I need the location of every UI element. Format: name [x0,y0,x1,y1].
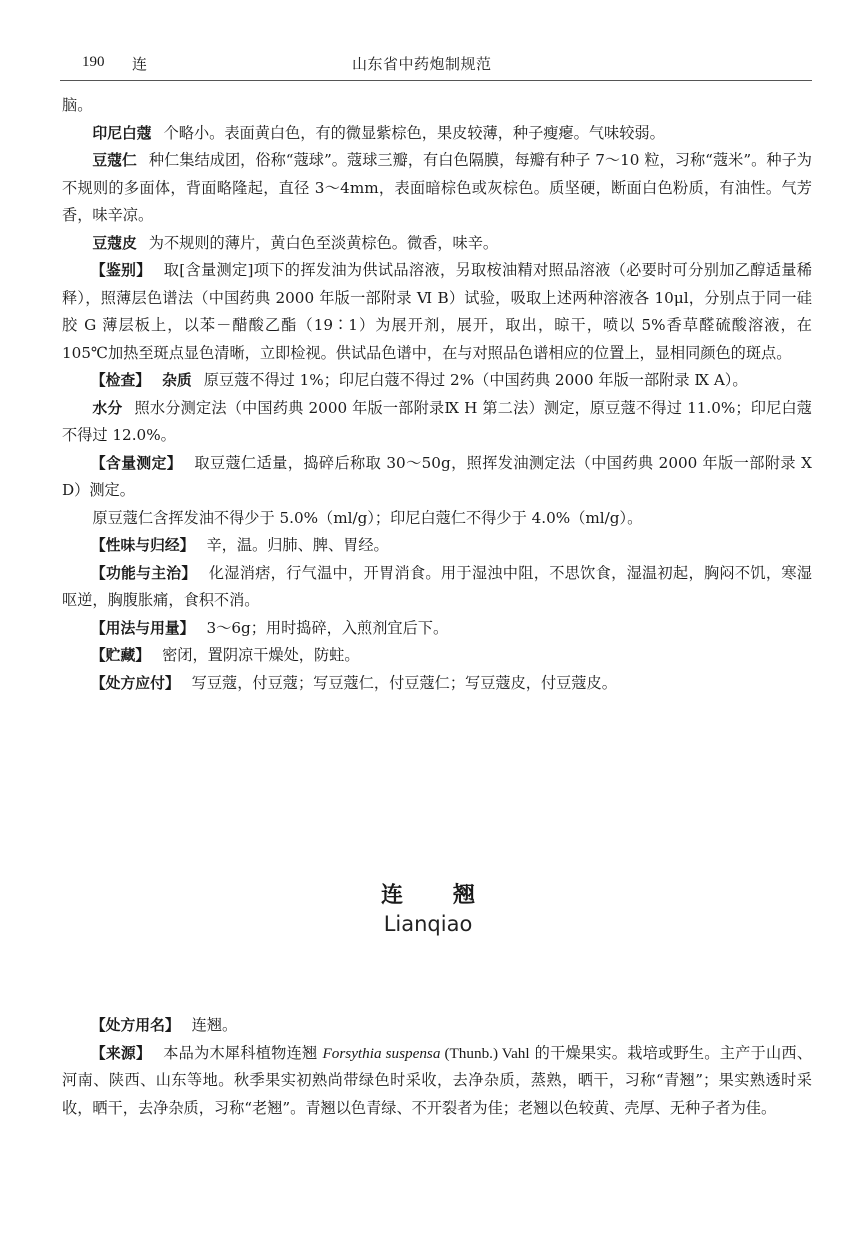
header-divider [60,80,812,81]
prescription-label: 【处方应付】 [91,675,180,692]
source-label: 【来源】 [91,1045,151,1062]
entry-pinyin: Lianqiao [0,912,856,936]
usage-paragraph: 【用法与用量】3～6g；用时捣碎，入煎剂宜后下。 [62,615,812,643]
prescription-paragraph: 【处方应付】写豆蔻，付豆蔻；写豆蔻仁，付豆蔻仁；写豆蔻皮，付豆蔻皮。 [62,670,812,698]
moisture-label: 水分 [92,400,122,417]
assay-label: 【含量测定】 [91,455,182,472]
doukou-pi-paragraph: 豆蔻皮为不规则的薄片，黄白色至淡黄棕色。微香，味辛。 [62,230,812,258]
latin-author: (Thunb.) Vahl [440,1045,529,1062]
assay-paragraph: 【含量测定】取豆蔻仁适量，捣碎后称取 30～50g，照挥发油测定法（中国药典 2… [62,450,812,505]
rx-name-text: 连翘。 [192,1016,238,1034]
entry-title-char-2: 翘 [453,883,475,908]
inspection-impurity-paragraph: 【检查】杂质原豆蔻不得过 1%；印尼白蔻不得过 2%（中国药典 2000 年版一… [62,367,812,395]
entry-title-char-1: 连 [381,883,403,908]
latin-binomial: Forsythia suspensa [323,1045,441,1062]
yinni-baikou-label: 印尼白蔻 [92,125,151,142]
running-header: 190 连 山东省中药炮制规范 [62,52,810,80]
usage-text: 3～6g；用时捣碎，入煎剂宜后下。 [206,619,448,637]
function-paragraph: 【功能与主治】化湿消痞，行气温中，开胃消食。用于湿浊中阻，不思饮食，湿温初起，胸… [62,560,812,615]
identification-label: 【鉴别】 [91,262,152,279]
inspection-moisture-paragraph: 水分照水分测定法（中国药典 2000 年版一部附录Ⅸ H 第二法）测定，原豆蔻不… [62,395,812,450]
yinni-baikou-paragraph: 印尼白蔻个略小。表面黄白色，有的微显紫棕色，果皮较薄，种子瘦瘪。气味较弱。 [62,120,812,148]
prescription-text: 写豆蔻，付豆蔻；写豆蔻仁，付豆蔻仁；写豆蔻皮，付豆蔻皮。 [192,674,617,692]
doukou-ren-paragraph: 豆蔻仁种仁集结成团，俗称“蔻球”。蔻球三瓣，有白色隔膜，每瓣有种子 7～10 粒… [62,147,812,230]
inspection-label: 【检查】 [91,372,150,389]
identification-paragraph: 【鉴别】取[含量测定]项下的挥发油为供试品溶液，另取桉油精对照品溶液（必要时可分… [62,257,812,367]
doukou-entry-continuation: 脑。 印尼白蔻个略小。表面黄白色，有的微显紫棕色，果皮较薄，种子瘦瘪。气味较弱。… [62,92,812,697]
rx-name-label: 【处方用名】 [91,1017,180,1034]
assay-limit-paragraph: 原豆蔻仁含挥发油不得少于 5.0%（ml/g）；印尼白蔻仁不得少于 4.0%（m… [62,505,812,533]
nature-label: 【性味与归经】 [91,537,195,554]
impurity-label: 杂质 [162,372,192,389]
function-label: 【功能与主治】 [91,565,197,582]
page-number: 190 [82,54,105,71]
nature-paragraph: 【性味与归经】辛，温。归肺、脾、胃经。 [62,532,812,560]
moisture-text: 照水分测定法（中国药典 2000 年版一部附录Ⅸ H 第二法）测定，原豆蔻不得过… [62,399,812,445]
book-title: 山东省中药炮制规范 [352,53,492,74]
nature-text: 辛，温。归肺、脾、胃经。 [206,536,388,554]
doukou-pi-text: 为不规则的薄片，黄白色至淡黄棕色。微香，味辛。 [149,234,498,252]
usage-label: 【用法与用量】 [91,620,195,637]
doukou-pi-label: 豆蔻皮 [92,235,136,252]
continuation-text: 脑。 [62,92,812,120]
doukou-ren-label: 豆蔻仁 [92,152,136,169]
rx-name-paragraph: 【处方用名】连翘。 [62,1012,812,1040]
source-paragraph: 【来源】本品为木犀科植物连翘 Forsythia suspensa (Thunb… [62,1040,812,1123]
section-character: 连 [132,53,147,74]
impurity-text: 原豆蔻不得过 1%；印尼白蔻不得过 2%（中国药典 2000 年版一部附录 Ⅸ … [204,371,748,389]
entry-title: 连翘 [0,878,856,909]
identification-text: 取[含量测定]项下的挥发油为供试品溶液，另取桉油精对照品溶液（必要时可分别加乙醇… [62,261,812,362]
source-text-before: 本品为木犀科植物连翘 [163,1044,323,1062]
yinni-baikou-text: 个略小。表面黄白色，有的微显紫棕色，果皮较薄，种子瘦瘪。气味较弱。 [164,124,665,142]
lianqiao-entry: 【处方用名】连翘。 【来源】本品为木犀科植物连翘 Forsythia suspe… [62,1012,812,1122]
storage-text: 密闭，置阴凉干燥处，防蛀。 [162,646,359,664]
doukou-ren-text: 种仁集结成团，俗称“蔻球”。蔻球三瓣，有白色隔膜，每瓣有种子 7～10 粒，习称… [62,151,812,224]
storage-label: 【贮藏】 [91,647,150,664]
storage-paragraph: 【贮藏】密闭，置阴凉干燥处，防蛀。 [62,642,812,670]
